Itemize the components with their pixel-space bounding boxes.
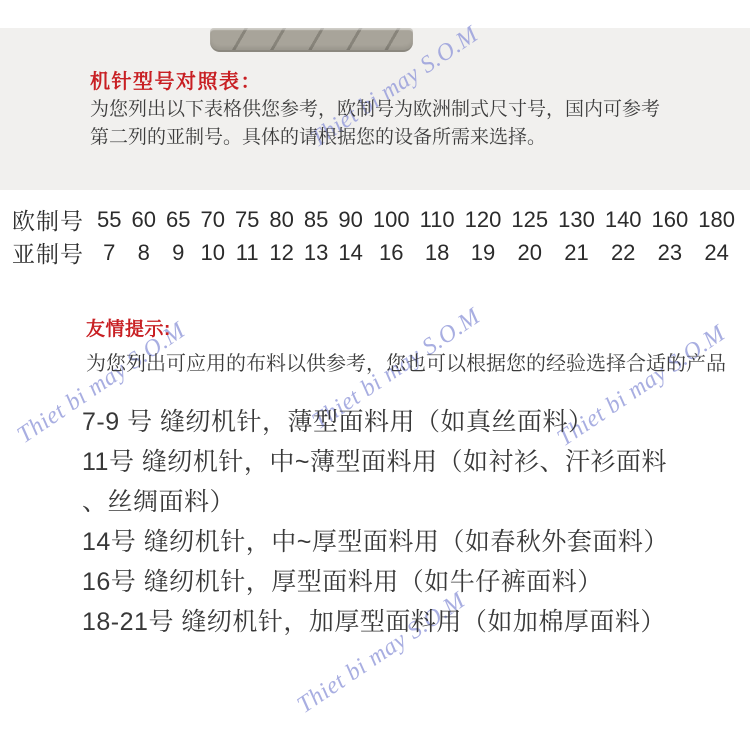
- european-size-cell: 160: [647, 203, 694, 236]
- needle-table-intro-line2: 第二列的亚制号。具体的请根据您的设备所需来选择。: [90, 125, 546, 151]
- asian-size-cell: 10: [195, 236, 229, 269]
- european-size-cell: 130: [553, 203, 600, 236]
- european-size-cell: 110: [415, 203, 460, 236]
- tip-line: 、丝绸面料）: [82, 482, 669, 522]
- asian-size-cell: 23: [647, 236, 694, 269]
- asian-size-cell: 11: [230, 236, 264, 269]
- european-size-cell: 140: [600, 203, 647, 236]
- asian-size-cell: 8: [126, 236, 160, 269]
- row-label-asian: 亚制号: [8, 236, 92, 269]
- tips-list: 7-9 号 缝纫机针，薄型面料用（如真丝面料）11号 缝纫机针，中~薄型面料用（…: [82, 402, 669, 642]
- needle-size-table: 欧制号 556065707580859010011012012513014016…: [8, 203, 740, 269]
- tip-line: 18-21号 缝纫机针，加厚型面料用（如加棉厚面料）: [82, 602, 669, 642]
- european-size-cell: 90: [333, 203, 367, 236]
- asian-size-cell: 18: [415, 236, 460, 269]
- product-description-page: { "colors": { "accent_red": "#c81f23", "…: [0, 0, 750, 750]
- asian-size-cell: 7: [92, 236, 126, 269]
- asian-size-cell: 16: [368, 236, 415, 269]
- asian-size-cell: 22: [600, 236, 647, 269]
- asian-size-cell: 13: [299, 236, 333, 269]
- asian-size-cell: 24: [693, 236, 740, 269]
- needle-table-heading: 机针型号对照表：: [90, 70, 262, 94]
- asian-size-cell: 12: [264, 236, 298, 269]
- needle-table-intro-line1: 为您列出以下表格供您参考，欧制号为欧洲制式尺寸号，国内可参考: [90, 97, 660, 123]
- european-size-cell: 125: [506, 203, 553, 236]
- asian-size-cell: 9: [161, 236, 195, 269]
- european-size-cell: 65: [161, 203, 195, 236]
- asian-size-cell: 20: [506, 236, 553, 269]
- table-row-european-sizes: 欧制号 556065707580859010011012012513014016…: [8, 203, 740, 236]
- european-size-cell: 100: [368, 203, 415, 236]
- tip-line: 14号 缝纫机针，中~厚型面料用（如春秋外套面料）: [82, 522, 669, 562]
- european-size-cell: 180: [693, 203, 740, 236]
- european-size-cell: 70: [195, 203, 229, 236]
- asian-size-cell: 14: [333, 236, 367, 269]
- asian-size-cell: 19: [460, 236, 507, 269]
- tips-intro: 为您列出可应用的布料以供参考，您也可以根据您的经验选择合适的产品: [86, 351, 726, 377]
- tip-line: 11号 缝纫机针，中~薄型面料用（如衬衫、汗衫面料: [82, 442, 669, 482]
- european-size-cell: 75: [230, 203, 264, 236]
- tips-heading: 友情提示:: [86, 318, 171, 342]
- asian-size-cell: 21: [553, 236, 600, 269]
- european-size-cell: 120: [460, 203, 507, 236]
- row-label-european: 欧制号: [8, 203, 92, 236]
- european-size-cell: 55: [92, 203, 126, 236]
- european-size-cell: 85: [299, 203, 333, 236]
- european-size-cell: 60: [126, 203, 160, 236]
- tip-line: 7-9 号 缝纫机针，薄型面料用（如真丝面料）: [82, 402, 669, 442]
- european-size-cell: 80: [264, 203, 298, 236]
- table-row-asian-sizes: 亚制号 78910111213141618192021222324: [8, 236, 740, 269]
- tip-line: 16号 缝纫机针，厚型面料用（如牛仔裤面料）: [82, 562, 669, 602]
- needle-case-photo: [210, 28, 413, 52]
